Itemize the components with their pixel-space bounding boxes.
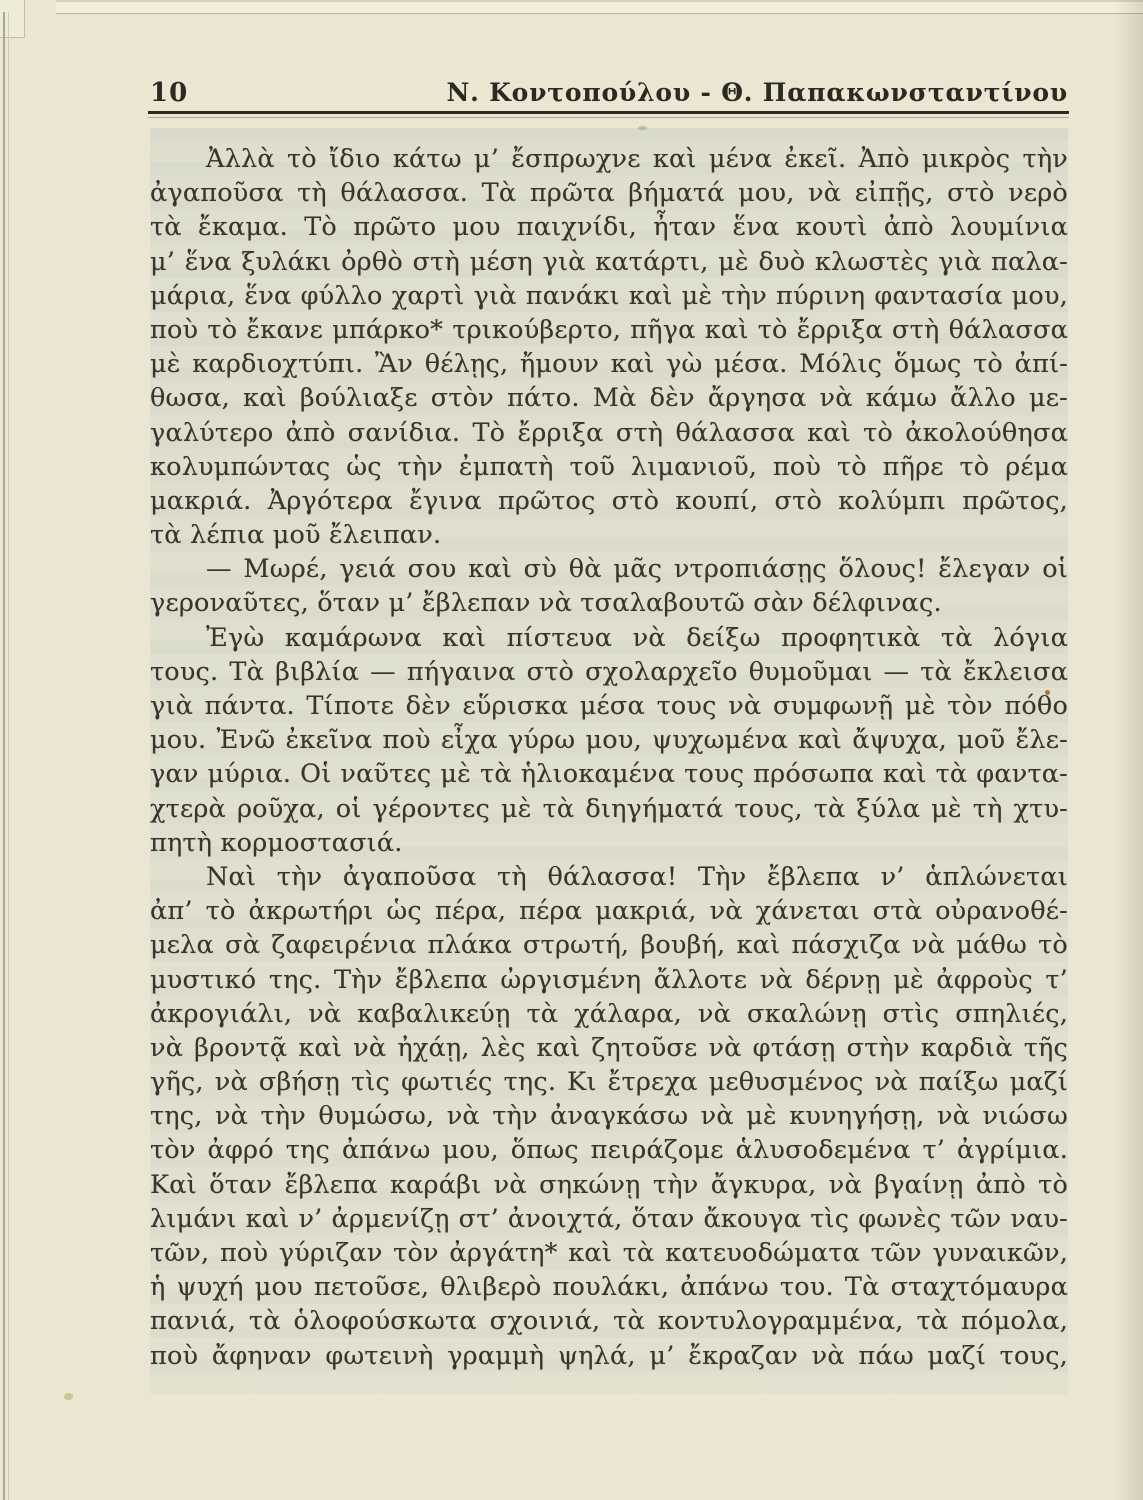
text-line: νὰ βροντᾷ καὶ νὰ ἠχάῃ, λὲς καὶ ζητοῦσε ν…	[150, 1031, 1068, 1065]
page-left-edge-line-faint	[8, 12, 9, 1500]
page-left-edge-line	[3, 12, 5, 1500]
text-line: μ’ ἕνα ξυλάκι ὀρθὸ στὴ μέση γιὰ κατάρτι,…	[150, 245, 1068, 279]
text-line: ἀκρογιάλι, νὰ καβαλικεύῃ τὰ χάλαρα, νὰ σ…	[150, 997, 1068, 1031]
page-right-edge-shadow	[1115, 0, 1143, 1500]
text-line: πητὴ κορμοστασιά.	[150, 826, 1068, 860]
text-line: γιὰ πάντα. Τίποτε δὲν εὕρισκα μέσα τους …	[150, 689, 1068, 723]
text-line: τὸν ἀφρό της ἀπάνω μου, ὅπως πειράζομε ἁ…	[150, 1133, 1068, 1167]
text-line: μακριά. Ἀργότερα ἔγινα πρῶτος στὸ κουπί,…	[150, 484, 1068, 518]
text-line: μάρια, ἕνα φύλλο χαρτὶ γιὰ πανάκι καὶ μὲ…	[150, 279, 1068, 313]
text-line: τους. Τὰ βιβλία — πήγαινα στὸ σχολαρχεῖο…	[150, 655, 1068, 689]
text-line: Ἐγὼ καμάρωνα καὶ πίστευα νὰ δείξω προφητ…	[150, 621, 1068, 655]
text-line: λιμάνι καὶ ν’ ἀρμενίζῃ στ’ ἀνοιχτά, ὅταν…	[150, 1202, 1068, 1236]
text-line: μὲ καρδιοχτύπι. Ἂν θέλῃς, ἤμουν καὶ γὼ μ…	[150, 347, 1068, 381]
text-line: τὰ ἔκαμα. Τὸ πρῶτο μου παιχνίδι, ἦταν ἕν…	[150, 210, 1068, 244]
text-line: Ναὶ τὴν ἀγαποῦσα τὴ θάλασσα! Τὴν ἔβλεπα …	[150, 860, 1068, 894]
header-rule	[148, 111, 1069, 114]
header-rule-thin	[148, 117, 1069, 118]
paragraph: Ναὶ τὴν ἀγαποῦσα τὴ θάλασσα! Τὴν ἔβλεπα …	[150, 860, 1068, 1373]
text-line: τὰ λέπια μοῦ ἔλειπαν.	[150, 518, 1068, 552]
text-line: ἀγαποῦσα τὴ θάλασσα. Τὰ πρῶτα βήματά μου…	[150, 176, 1068, 210]
text-line: πανιά, τὰ ὁλοφούσκωτα σχοινιά, τὰ κοντυλ…	[150, 1304, 1068, 1338]
foxing-speck	[64, 1393, 73, 1400]
text-line: γαλύτερο ἀπὸ σανίδια. Τὸ ἔρριξα στὴ θάλα…	[150, 416, 1068, 450]
text-line: χτερὰ ροῦχα, οἱ γέροντες μὲ τὰ διηγήματά…	[150, 792, 1068, 826]
text-line: μυστικό της. Τὴν ἔβλεπα ὠργισμένη ἄλλοτε…	[150, 963, 1068, 997]
text-line: γῆς, νὰ σβήσῃ τὶς φωτιές της. Κι ἔτρεχα …	[150, 1065, 1068, 1099]
text-line: Καὶ ὅταν ἔβλεπα καράβι νὰ σηκώνῃ τὴν ἄγκ…	[150, 1168, 1068, 1202]
text-line: ἡ ψυχή μου πετοῦσε, θλιβερὸ πουλάκι, ἀπά…	[150, 1270, 1068, 1304]
body-text-block: Ἀλλὰ τὸ ἴδιο κάτω μ’ ἔσπρωχνε καὶ μένα ἐ…	[150, 142, 1068, 1373]
text-line: ποὺ ἄφηναν φωτεινὴ γραμμὴ ψηλά, μ’ ἔκραζ…	[150, 1339, 1068, 1373]
ink-smudge	[638, 126, 647, 130]
text-line: γεροναῦτες, ὅταν μ’ ἔβλεπαν νὰ τσαλαβουτ…	[150, 586, 1068, 620]
running-title: Ν. Κοντοπούλου - Θ. Παπακωνσταντίνου	[446, 78, 1068, 107]
paragraph: Ἀλλὰ τὸ ἴδιο κάτω μ’ ἔσπρωχνε καὶ μένα ἐ…	[150, 142, 1068, 552]
text-line: γαν μύρια. Οἱ ναῦτες μὲ τὰ ἡλιοκαμένα το…	[150, 757, 1068, 791]
book-page-scan: 10 Ν. Κοντοπούλου - Θ. Παπακωνσταντίνου …	[0, 0, 1143, 1500]
text-line: θωσα, καὶ βούλιαξε στὸν πάτο. Μὰ δὲν ἄργ…	[150, 381, 1068, 415]
text-line: — Μωρέ, γειά σου καὶ σὺ θὰ μᾶς ντροπιάσῃ…	[150, 552, 1068, 586]
page-number: 10	[150, 78, 188, 108]
text-line: Ἀλλὰ τὸ ἴδιο κάτω μ’ ἔσπρωχνε καὶ μένα ἐ…	[150, 142, 1068, 176]
page-top-edge-artifact	[56, 0, 1143, 14]
running-header: 10 Ν. Κοντοπούλου - Θ. Παπακωνσταντίνου	[150, 78, 1068, 108]
text-line: ἀπ’ τὸ ἀκρωτήρι ὡς πέρα, πέρα μακριά, νὰ…	[150, 894, 1068, 928]
paragraph: — Μωρέ, γειά σου καὶ σὺ θὰ μᾶς ντροπιάσῃ…	[150, 552, 1068, 620]
text-line: ποὺ τὸ ἔκανε μπάρκο* τρικούβερτο, πῆγα κ…	[150, 313, 1068, 347]
text-line: κολυμπώντας ὡς τὴν ἐμπατὴ τοῦ λιμανιοῦ, …	[150, 450, 1068, 484]
text-line: μου. Ἐνῶ ἐκεῖνα ποὺ εἶχα γύρω μου, ψυχωμ…	[150, 723, 1068, 757]
paragraph: Ἐγὼ καμάρωνα καὶ πίστευα νὰ δείξω προφητ…	[150, 621, 1068, 860]
text-line: της, νὰ τὴν θυμώσω, νὰ τὴν ἀναγκάσω νὰ μ…	[150, 1099, 1068, 1133]
text-line: μελα σὰ ζαφειρένια πλάκα στρωτή, βουβή, …	[150, 928, 1068, 962]
text-line: τῶν, ποὺ γύριζαν τὸν ἀργάτη* καὶ τὰ κατε…	[150, 1236, 1068, 1270]
foxing-speck	[1045, 690, 1050, 695]
